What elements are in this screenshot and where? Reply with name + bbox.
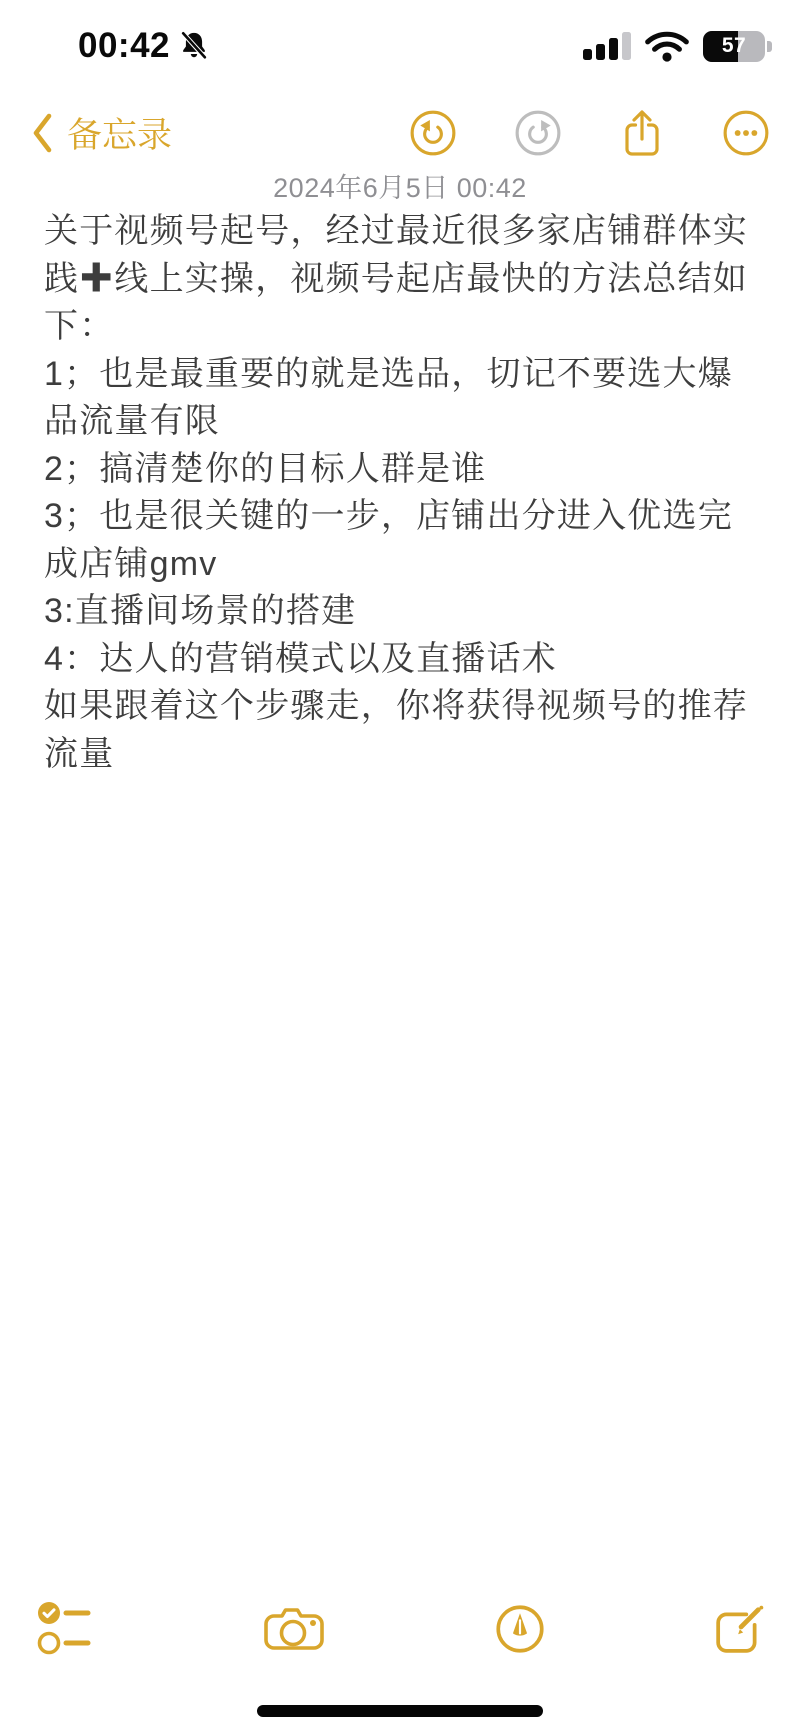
status-bar: 00:42 57: [0, 20, 800, 72]
compose-button[interactable]: [714, 1604, 764, 1654]
note-paragraph: 2；搞清楚你的目标人群是谁: [44, 446, 758, 494]
redo-button[interactable]: [514, 109, 562, 157]
note-paragraph: 3；也是很关键的一步，店铺出分进入优选完成店铺gmv: [44, 493, 758, 588]
back-button-label: 备忘录: [67, 108, 172, 158]
cellular-signal-icon: [583, 32, 631, 60]
camera-button[interactable]: [263, 1604, 325, 1654]
note-body[interactable]: 关于视频号起号，经过最近很多家店铺群体实践✚线上实操，视频号起店最快的方法总结如…: [44, 208, 758, 778]
checklist-button[interactable]: [36, 1600, 94, 1658]
chevron-left-icon: [30, 112, 54, 154]
note-paragraph: 1；也是最重要的就是选品，切记不要选大爆品流量有限: [44, 351, 758, 446]
clock-text: 00:42: [78, 26, 170, 66]
note-paragraph: 3:直播间场景的搭建: [44, 588, 758, 636]
markup-pen-button[interactable]: [495, 1604, 545, 1654]
note-paragraph: 关于视频号起号，经过最近很多家店铺群体实践✚线上实操，视频号起店最快的方法总结如…: [44, 208, 758, 351]
wifi-icon: [644, 29, 690, 63]
share-button[interactable]: [619, 106, 665, 160]
home-indicator[interactable]: [257, 1705, 543, 1717]
note-date: 2024年6月5日 00:42: [0, 166, 800, 205]
battery-icon: 57: [703, 31, 772, 62]
bottom-toolbar: [0, 1596, 800, 1662]
battery-percent-text: 57: [703, 31, 765, 62]
undo-button[interactable]: [409, 109, 457, 157]
note-paragraph: 4：达人的营销模式以及直播话术: [44, 636, 758, 684]
back-button[interactable]: 备忘录: [30, 108, 172, 158]
bell-slash-icon: [178, 29, 210, 63]
note-paragraph: 如果跟着这个步骤走，你将获得视频号的推荐流量: [44, 683, 758, 778]
nav-bar: 备忘录: [0, 96, 800, 170]
battery-nub: [767, 41, 772, 52]
more-button[interactable]: [722, 109, 770, 157]
status-right: 57: [583, 29, 772, 63]
status-left: 00:42: [78, 26, 210, 66]
